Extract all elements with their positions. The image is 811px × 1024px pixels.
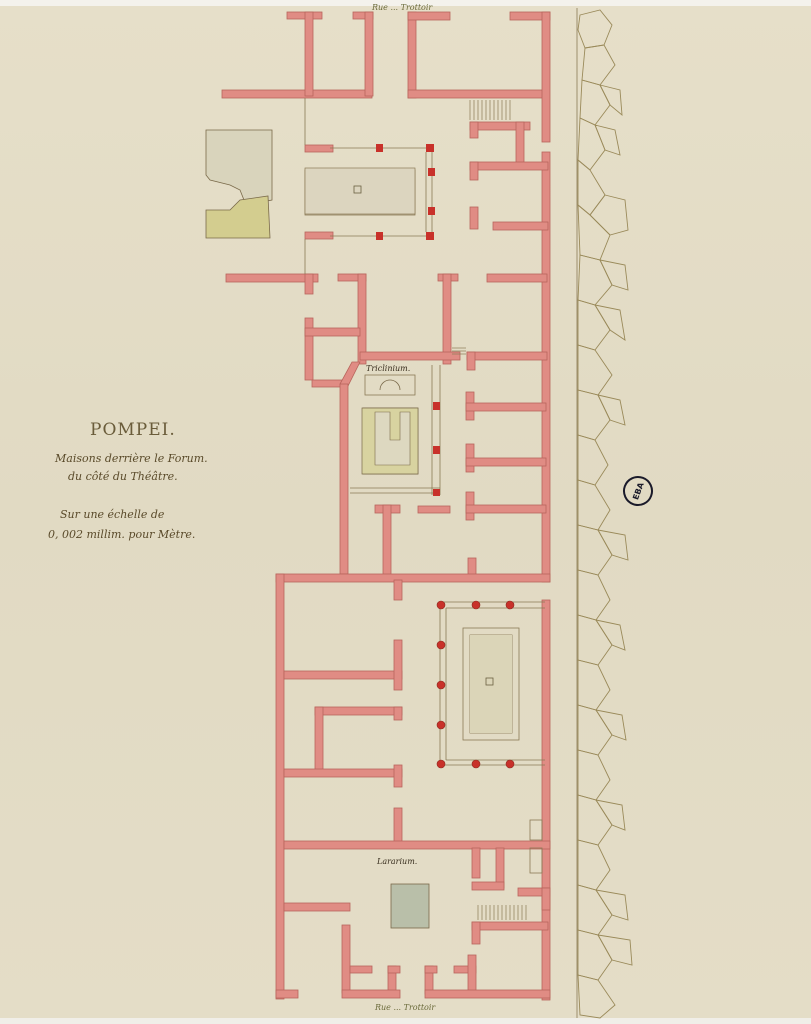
drawing-title: POMPEI. bbox=[90, 420, 176, 440]
caption-line-1: Maisons derrière le Forum. bbox=[55, 452, 208, 465]
room-label-lararium: Lararium. bbox=[377, 857, 417, 866]
caption-line-2: du côté du Théâtre. bbox=[68, 470, 178, 483]
scale-line-1: Sur une échelle de bbox=[60, 508, 164, 521]
street-label-top: Rue ... Trottoir bbox=[372, 3, 432, 12]
scale-line-2: 0, 002 millim. pour Mètre. bbox=[48, 528, 195, 541]
room-label-triclinium: Triclinium. bbox=[366, 364, 410, 373]
street-label-bottom: Rue ... Trottoir bbox=[375, 1003, 435, 1012]
